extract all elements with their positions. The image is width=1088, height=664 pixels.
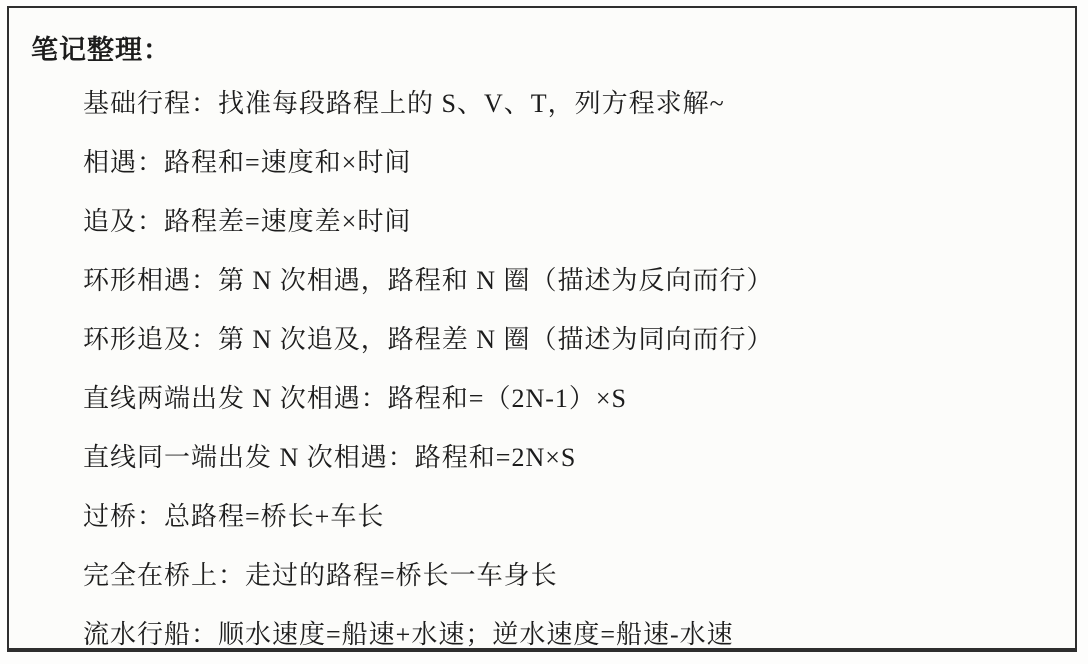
notes-list: 基础行程：找准每段路程上的 S、V、T，列方程求解~ 相遇：路程和=速度和×时间… (83, 72, 1065, 662)
note-line-circular-chasing: 环形追及：第 N 次追及，路程差 N 圈（描述为同向而行） (83, 308, 1065, 367)
note-line-meeting: 相遇：路程和=速度和×时间 (83, 131, 1065, 190)
notes-title: 笔记整理： (31, 28, 171, 67)
note-line-circular-meeting: 环形相遇：第 N 次相遇，路程和 N 圈（描述为反向而行） (83, 249, 1065, 308)
scanned-notes-page: 笔记整理： 基础行程：找准每段路程上的 S、V、T，列方程求解~ 相遇：路程和=… (0, 0, 1088, 664)
note-line-crossing-bridge: 过桥：总路程=桥长+车长 (83, 485, 1065, 544)
note-line-boat-in-stream: 流水行船：顺水速度=船速+水速；逆水速度=船速-水速 (83, 603, 1065, 662)
notes-border-frame: 笔记整理： 基础行程：找准每段路程上的 S、V、T，列方程求解~ 相遇：路程和=… (7, 6, 1077, 652)
note-line-chasing: 追及：路程差=速度差×时间 (83, 190, 1065, 249)
note-line-basic-trip: 基础行程：找准每段路程上的 S、V、T，列方程求解~ (83, 72, 1065, 131)
note-line-fully-on-bridge: 完全在桥上：走过的路程=桥长一车身长 (83, 544, 1065, 603)
note-line-same-end-meeting: 直线同一端出发 N 次相遇：路程和=2N×S (83, 426, 1065, 485)
note-line-two-ends-meeting: 直线两端出发 N 次相遇：路程和=（2N-1）×S (83, 367, 1065, 426)
